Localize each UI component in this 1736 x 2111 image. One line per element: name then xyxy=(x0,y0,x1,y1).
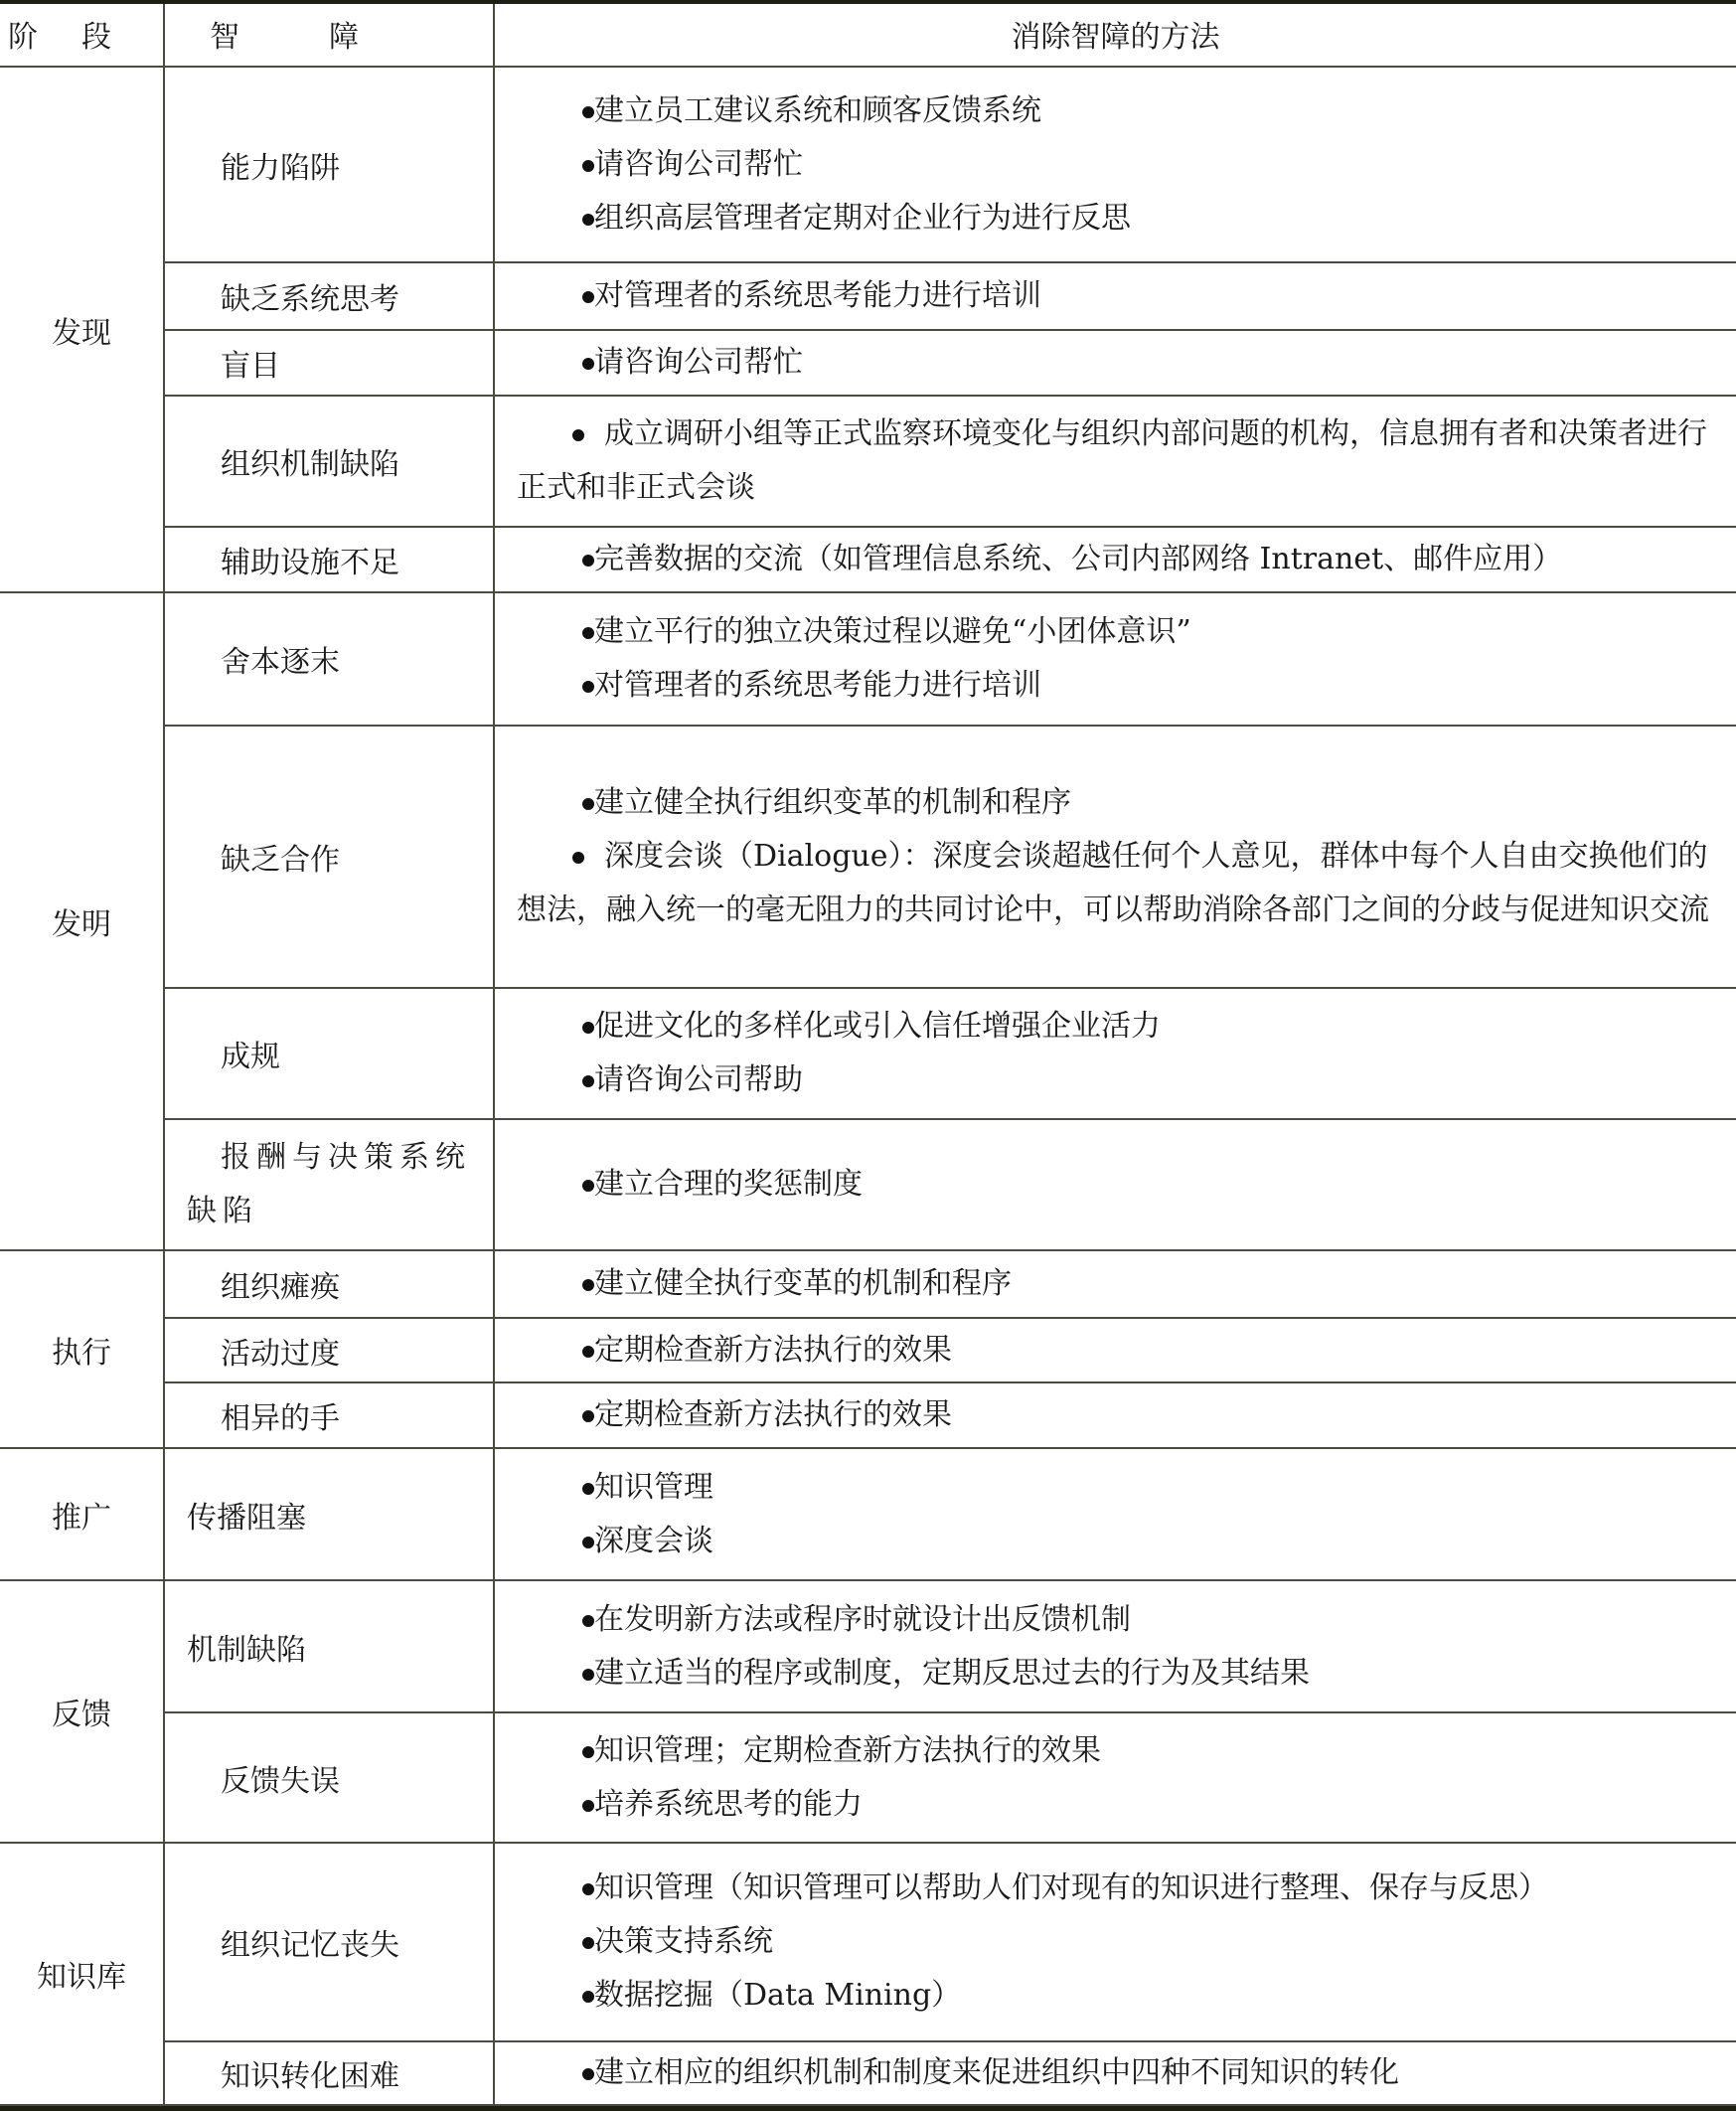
stage-cell: 发现 xyxy=(0,67,164,592)
table-row: 组织机制缺陷 成立调研小组等正式监察环境变化与组织内部问题的机构，信息拥有者和决… xyxy=(0,396,1736,527)
table-row: 成规 促进文化的多样化或引入信任增强企业活力 请咨询公司帮助 xyxy=(0,988,1736,1119)
method-cell: 定期检查新方法执行的效果 xyxy=(494,1382,1736,1448)
method-item: 请咨询公司帮忙 xyxy=(517,138,1716,192)
table-top-rule xyxy=(0,0,1736,4)
obstacle-cell: 机制缺陷 xyxy=(164,1580,494,1712)
method-paragraph: 成立调研小组等正式监察环境变化与组织内部问题的机构，信息拥有者和决策者进行正式和… xyxy=(517,407,1716,515)
method-cell: 促进文化的多样化或引入信任增强企业活力 请咨询公司帮助 xyxy=(494,988,1736,1119)
method-cell: 建立平行的独立决策过程以避免“小团体意识” 对管理者的系统思考能力进行培训 xyxy=(494,592,1736,726)
method-cell: 知识管理 深度会谈 xyxy=(494,1448,1736,1580)
table-row: 知识库 组织记忆丧失 知识管理（知识管理可以帮助人们对现有的知识进行整理、保存与… xyxy=(0,1843,1736,2041)
table-row: 发现 能力陷阱 建立员工建议系统和顾客反馈系统 请咨询公司帮忙 组织高层管理者定… xyxy=(0,67,1736,262)
table-row: 知识转化困难 建立相应的组织机制和制度来促进组织中四种不同知识的转化 xyxy=(0,2041,1736,2105)
method-item: 决策支持系统 xyxy=(517,1915,1716,1969)
method-cell: 定期检查新方法执行的效果 xyxy=(494,1318,1736,1382)
obstacle-cell: 反馈失误 xyxy=(164,1712,494,1843)
obstacle-cell: 报酬与决策系统缺陷 xyxy=(164,1119,494,1250)
method-item: 请咨询公司帮助 xyxy=(517,1054,1716,1107)
obstacle-cell: 传播阻塞 xyxy=(164,1448,494,1580)
method-item: 培养系统思考的能力 xyxy=(517,1778,1716,1832)
table-row: 缺乏系统思考 对管理者的系统思考能力进行培训 xyxy=(0,262,1736,330)
stage-cell: 推广 xyxy=(0,1448,164,1580)
method-item: 组织高层管理者定期对企业行为进行反思 xyxy=(517,192,1716,245)
bullet-icon xyxy=(572,852,584,864)
method-cell: 知识管理；定期检查新方法执行的效果 培养系统思考的能力 xyxy=(494,1712,1736,1843)
method-cell: 在发明新方法或程序时就设计出反馈机制 建立适当的程序或制度，定期反思过去的行为及… xyxy=(494,1580,1736,1712)
method-item: 深度会谈 xyxy=(517,1515,1716,1568)
method-item: 对管理者的系统思考能力进行培训 xyxy=(517,659,1716,713)
method-cell: 建立员工建议系统和顾客反馈系统 请咨询公司帮忙 组织高层管理者定期对企业行为进行… xyxy=(494,67,1736,262)
table-row: 发明 舍本逐末 建立平行的独立决策过程以避免“小团体意识” 对管理者的系统思考能… xyxy=(0,592,1736,726)
table-row: 相异的手 定期检查新方法执行的效果 xyxy=(0,1382,1736,1448)
method-item: 对管理者的系统思考能力进行培训 xyxy=(517,269,1716,323)
method-item: 建立适当的程序或制度，定期反思过去的行为及其结果 xyxy=(517,1647,1716,1701)
obstacle-cell: 盲目 xyxy=(164,330,494,396)
obstacle-cell: 组织机制缺陷 xyxy=(164,396,494,527)
obstacle-method-table: 阶段 智障 消除智障的方法 发现 能力陷阱 建立员工建议系统和顾客反馈系统 请咨… xyxy=(0,0,1736,2106)
obstacle-cell: 能力陷阱 xyxy=(164,67,494,262)
method-cell: 成立调研小组等正式监察环境变化与组织内部问题的机构，信息拥有者和决策者进行正式和… xyxy=(494,396,1736,527)
method-item: 定期检查新方法执行的效果 xyxy=(517,1324,1716,1378)
method-item: 建立员工建议系统和顾客反馈系统 xyxy=(517,84,1716,138)
obstacle-cell: 组织记忆丧失 xyxy=(164,1843,494,2041)
table-row: 推广 传播阻塞 知识管理 深度会谈 xyxy=(0,1448,1736,1580)
method-cell: 请咨询公司帮忙 xyxy=(494,330,1736,396)
method-cell: 建立健全执行变革的机制和程序 xyxy=(494,1250,1736,1318)
method-item: 建立相应的组织机制和制度来促进组织中四种不同知识的转化 xyxy=(517,2046,1716,2100)
table-row: 报酬与决策系统缺陷 建立合理的奖惩制度 xyxy=(0,1119,1736,1250)
method-item: 在发明新方法或程序时就设计出反馈机制 xyxy=(517,1593,1716,1647)
obstacle-cell: 辅助设施不足 xyxy=(164,527,494,592)
method-item: 知识管理 xyxy=(517,1461,1716,1515)
method-item: 请咨询公司帮忙 xyxy=(517,336,1716,390)
stage-cell: 发明 xyxy=(0,592,164,1250)
method-item: 定期检查新方法执行的效果 xyxy=(517,1388,1716,1442)
table-row: 缺乏合作 建立健全执行组织变革的机制和程序 深度会谈（Dialogue）：深度会… xyxy=(0,726,1736,988)
method-cell: 建立健全执行组织变革的机制和程序 深度会谈（Dialogue）：深度会谈超越任何… xyxy=(494,726,1736,988)
table-row: 反馈 机制缺陷 在发明新方法或程序时就设计出反馈机制 建立适当的程序或制度，定期… xyxy=(0,1580,1736,1712)
obstacle-cell: 缺乏系统思考 xyxy=(164,262,494,330)
stage-cell: 执行 xyxy=(0,1250,164,1448)
table-row: 反馈失误 知识管理；定期检查新方法执行的效果 培养系统思考的能力 xyxy=(0,1712,1736,1843)
method-item: 数据挖掘（Data Mining） xyxy=(517,1969,1716,2023)
bullet-icon xyxy=(572,429,584,441)
method-paragraph: 深度会谈（Dialogue）：深度会谈超越任何个人意见，群体中每个人自由交换他们… xyxy=(517,830,1716,937)
table-row: 执行 组织瘫痪 建立健全执行变革的机制和程序 xyxy=(0,1250,1736,1318)
table-row: 活动过度 定期检查新方法执行的效果 xyxy=(0,1318,1736,1382)
obstacle-cell: 缺乏合作 xyxy=(164,726,494,988)
method-cell: 建立合理的奖惩制度 xyxy=(494,1119,1736,1250)
stage-cell: 知识库 xyxy=(0,1843,164,2105)
table-header-row: 阶段 智障 消除智障的方法 xyxy=(0,1,1736,67)
method-item: 知识管理（知识管理可以帮助人们对现有的知识进行整理、保存与反思） xyxy=(517,1862,1716,1915)
method-cell: 知识管理（知识管理可以帮助人们对现有的知识进行整理、保存与反思） 决策支持系统 … xyxy=(494,1843,1736,2041)
method-item: 建立平行的独立决策过程以避免“小团体意识” xyxy=(517,605,1716,659)
method-item: 建立健全执行变革的机制和程序 xyxy=(517,1257,1716,1311)
obstacle-cell: 成规 xyxy=(164,988,494,1119)
method-item: 促进文化的多样化或引入信任增强企业活力 xyxy=(517,1000,1716,1054)
method-cell: 建立相应的组织机制和制度来促进组织中四种不同知识的转化 xyxy=(494,2041,1736,2105)
method-item: 知识管理；定期检查新方法执行的效果 xyxy=(517,1724,1716,1778)
method-item: 建立合理的奖惩制度 xyxy=(517,1158,1716,1212)
stage-cell: 反馈 xyxy=(0,1580,164,1843)
header-method: 消除智障的方法 xyxy=(494,1,1736,67)
method-item: 完善数据的交流（如管理信息系统、公司内部网络 Intranet、邮件应用） xyxy=(517,533,1716,586)
obstacle-cell: 舍本逐末 xyxy=(164,592,494,726)
table-bottom-rule xyxy=(0,2106,1736,2111)
header-obstacle: 智障 xyxy=(164,1,494,67)
header-stage: 阶段 xyxy=(0,1,164,67)
method-cell: 完善数据的交流（如管理信息系统、公司内部网络 Intranet、邮件应用） xyxy=(494,527,1736,592)
table-row: 辅助设施不足 完善数据的交流（如管理信息系统、公司内部网络 Intranet、邮… xyxy=(0,527,1736,592)
obstacle-cell: 知识转化困难 xyxy=(164,2041,494,2105)
obstacle-cell: 活动过度 xyxy=(164,1318,494,1382)
table-row: 盲目 请咨询公司帮忙 xyxy=(0,330,1736,396)
method-item: 建立健全执行组织变革的机制和程序 xyxy=(517,776,1716,830)
obstacle-cell: 组织瘫痪 xyxy=(164,1250,494,1318)
method-cell: 对管理者的系统思考能力进行培训 xyxy=(494,262,1736,330)
obstacle-cell: 相异的手 xyxy=(164,1382,494,1448)
